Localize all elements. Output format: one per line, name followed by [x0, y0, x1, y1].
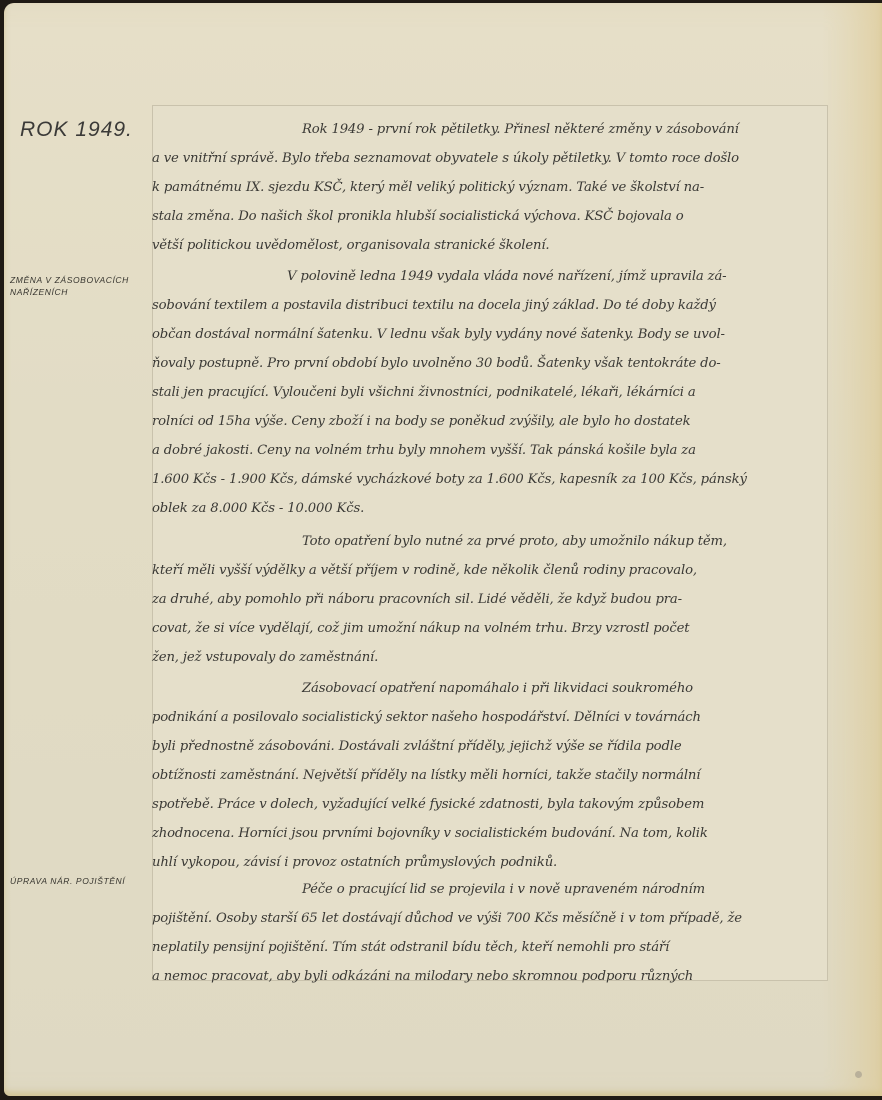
text-line: oblek za 8.000 Kčs - 10.000 Kčs. [152, 497, 364, 521]
text-line: sobování textilem a postavila distribuci… [152, 294, 716, 318]
margin-note-line: nařízeních [10, 286, 129, 298]
text-line: ňovaly postupně. Pro první období bylo u… [152, 352, 721, 376]
text-line: obtížnosti zaměstnání. Největší příděly … [152, 764, 700, 788]
page-edge-shade [822, 3, 882, 1096]
text-line: a nemoc pracovat, aby byli odkázáni na m… [152, 965, 693, 989]
margin-note-line: Úprava nár. pojištění [10, 875, 125, 887]
margin-note-rationing: Změna v zásobovacích nařízeních [10, 274, 129, 298]
text-line: covat, že si více vydělají, což jim umož… [152, 617, 689, 641]
text-line: Toto opatření bylo nutné za prvé proto, … [302, 530, 727, 554]
text-line: neplatily pensijní pojištění. Tím stát o… [152, 936, 669, 960]
text-line: pojištění. Osoby starší 65 let dostávají… [152, 907, 742, 931]
text-line: a dobré jakosti. Ceny na volném trhu byl… [152, 439, 696, 463]
text-line: Rok 1949 - první rok pětiletky. Přinesl … [302, 118, 739, 142]
text-line: Zásobovací opatření napomáhalo i při lik… [302, 677, 693, 701]
text-line: stala změna. Do našich škol pronikla hlu… [152, 205, 684, 229]
text-line: 1.600 Kčs - 1.900 Kčs, dámské vycházkové… [152, 468, 747, 492]
text-line: a ve vnitřní správě. Bylo třeba seznamov… [152, 147, 739, 171]
margin-note-insurance: Úprava nár. pojištění [10, 875, 125, 887]
margin-note-line: Změna v zásobovacích [10, 274, 129, 286]
text-line: větší politickou uvědomělost, organisova… [152, 234, 549, 258]
year-heading: ROK 1949. [20, 118, 133, 142]
text-line: uhlí vykopou, závisí i provoz ostatních … [152, 851, 557, 875]
text-line: rolníci od 15ha výše. Ceny zboží i na bo… [152, 410, 690, 434]
text-line: k památnému IX. sjezdu KSČ, který měl ve… [152, 176, 704, 200]
text-line: zhodnocena. Horníci jsou prvními bojovní… [152, 822, 708, 846]
text-line: stali jen pracující. Vyloučeni byli všic… [152, 381, 696, 405]
text-line: Péče o pracující lid se projevila i v no… [302, 878, 705, 902]
text-line: občan dostával normální šatenku. V lednu… [152, 323, 725, 347]
text-line: za druhé, aby pomohlo při náboru pracovn… [152, 588, 682, 612]
text-line: spotřebě. Práce v dolech, vyžadující vel… [152, 793, 704, 817]
text-line: žen, jež vstupovaly do zaměstnání. [152, 646, 378, 670]
text-line: V polovině ledna 1949 vydala vláda nové … [287, 265, 727, 289]
text-line: podnikání a posilovalo socialistický sek… [152, 706, 701, 730]
text-line: byli přednostně zásobováni. Dostávali zv… [152, 735, 682, 759]
text-line: kteří měli vyšší výdělky a větší příjem … [152, 559, 697, 583]
paper-stain [855, 1071, 862, 1078]
